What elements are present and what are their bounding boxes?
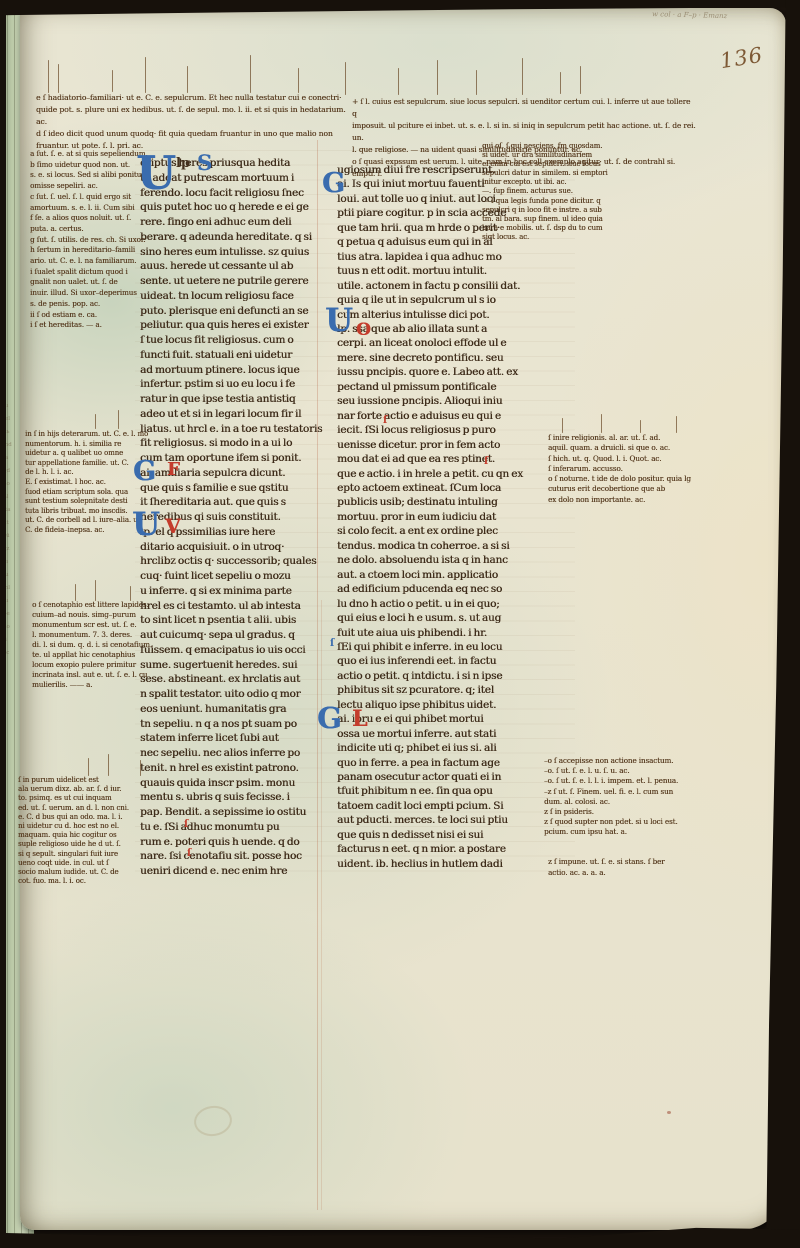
rubric-red-O: O	[356, 322, 371, 339]
initial-blue-U-ulpianus: U	[132, 508, 160, 540]
initial-blue-S: S	[197, 152, 212, 173]
red-paragraph-mark: ſ	[484, 457, 488, 467]
red-paragraph-mark: ſ	[383, 416, 387, 426]
rubric-red-V: V	[165, 516, 181, 536]
text-column-2: ugiosum diui fre rescripserunt. ai. Is q…	[337, 163, 571, 871]
blue-paragraph-mark: ſ	[330, 639, 334, 649]
gloss-right-3: z ſ impune. ut. ſ. e. si stans. ſ ber ac…	[548, 856, 753, 878]
red-paragraph-mark: ſ	[187, 849, 191, 859]
dropcap-blue-U: U	[136, 150, 176, 196]
red-paragraph-mark: ſ	[184, 820, 188, 830]
dropcap-lp-letters: lp	[176, 156, 190, 171]
initial-blue-U-ulpianus: U	[325, 304, 353, 336]
initial-blue-G-gaius: G	[322, 170, 345, 197]
rubric-red-F: F	[167, 461, 180, 479]
parchment-stain-dot	[667, 1111, 671, 1114]
photo-edge-left	[0, 0, 6, 1248]
rubric-red-L: L	[352, 708, 367, 730]
gloss-right-2: –o ſ accepisse non actione insactum. –o.…	[544, 756, 759, 838]
gloss-right-1: ſ inire religionis. al. ar. ut. ſ. ad. a…	[548, 433, 753, 505]
initial-blue-G-gaius: G	[133, 458, 156, 485]
initial-blue-G-gaius: G	[317, 704, 342, 733]
manuscript-photo: { "page": { "number": "136", "corner_not…	[0, 0, 800, 1248]
gloss-top-left: e ſ hadiatorio–familiari· ut e. C. e. se…	[36, 92, 352, 152]
